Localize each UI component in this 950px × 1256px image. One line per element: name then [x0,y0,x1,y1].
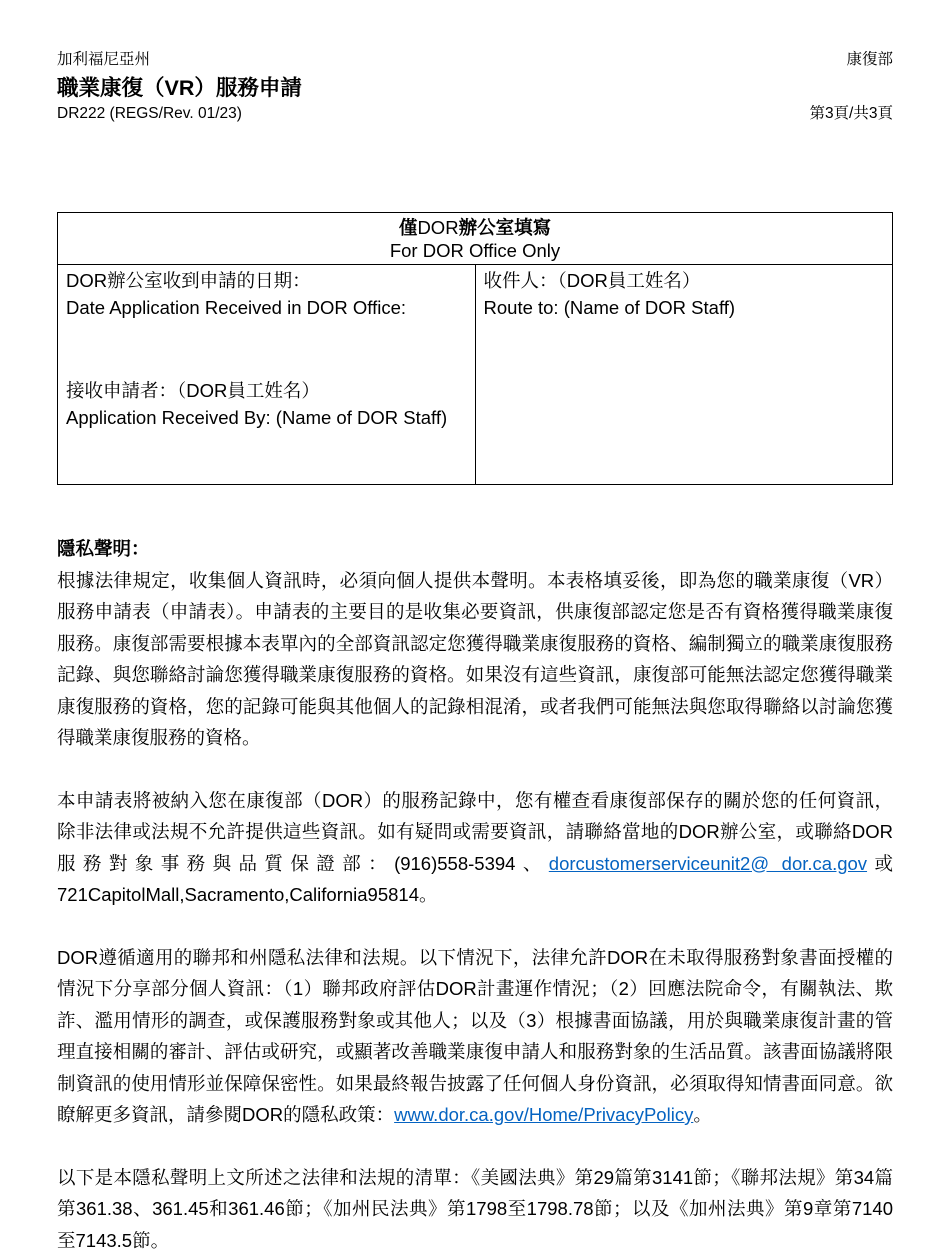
table-title-cell: 僅DOR辦公室填寫 For DOR Office Only [58,213,893,265]
route-to-block: 收件人：（DOR員工姓名） Route to: (Name of DOR Sta… [484,267,885,321]
page-title: 職業康復（VR）服務申請 [57,74,893,102]
form-number: DR222 (REGS/Rev. 01/23) [57,104,242,124]
date-received-label-en: Date Application Received in DOR Office: [66,294,467,321]
route-to-cell: 收件人：（DOR員工姓名） Route to: (Name of DOR Sta… [475,265,893,485]
document-page: 加利福尼亞州 康復部 職業康復（VR）服務申請 DR222 (REGS/Rev.… [0,0,950,1230]
table-title-cjk: 僅DOR辦公室填寫 [66,216,884,239]
document-header: 加利福尼亞州 康復部 職業康復（VR）服務申請 DR222 (REGS/Rev.… [57,50,893,124]
table-title-row: 僅DOR辦公室填寫 For DOR Office Only [58,213,893,265]
header-row-bottom: DR222 (REGS/Rev. 01/23) 第3頁/共3頁 [57,104,893,124]
date-received-cell: DOR辦公室收到申請的日期： Date Application Received… [58,265,476,485]
table-title-en: For DOR Office Only [66,239,884,262]
privacy-policy-link[interactable]: www.dor.ca.gov/Home/PrivacyPolicy [394,1104,693,1125]
date-received-block: DOR辦公室收到申請的日期： Date Application Received… [66,267,467,321]
page-number: 第3頁/共3頁 [809,104,893,124]
route-to-label-en: Route to: (Name of DOR Staff) [484,294,885,321]
received-by-label-en: Application Received By: (Name of DOR St… [66,404,467,431]
privacy-paragraph-1-text: 根據法律規定，收集個人資訊時，必須向個人提供本聲明。本表格填妥後，即為您的職業康… [57,570,893,749]
table-title-cjk-suffix: 辦公室填寫 [459,217,552,238]
privacy-paragraph-3-text-before: DOR遵循適用的聯邦和州隱私法律和法規。以下情況下，法律允許DOR在未取得服務對… [57,947,893,1126]
header-row-top: 加利福尼亞州 康復部 [57,50,893,70]
privacy-paragraph-2: 本申請表將被納入您在康復部（DOR）的服務記錄中，您有權查看康復部保存的關於您的… [57,785,893,911]
privacy-paragraph-1: 根據法律規定，收集個人資訊時，必須向個人提供本聲明。本表格填妥後，即為您的職業康… [57,565,893,754]
privacy-paragraph-4: 以下是本隱私聲明上文所述之法律和法規的清單：《美國法典》第29篇第3141節；《… [57,1162,893,1256]
table-body-row: DOR辦公室收到申請的日期： Date Application Received… [58,265,893,485]
customer-service-email-link[interactable]: dorcustomerserviceunit2@ dor.ca.gov [549,853,867,874]
privacy-heading: 隱私聲明： [57,533,893,565]
route-to-label-cjk: 收件人：（DOR員工姓名） [484,267,885,294]
privacy-paragraph-3-text-after: 。 [693,1104,712,1125]
table-title-cjk-prefix: 僅 [399,217,418,238]
state-label: 加利福尼亞州 [57,50,150,70]
table-title-org: DOR [417,217,458,238]
date-received-label-cjk: DOR辦公室收到申請的日期： [66,267,467,294]
privacy-paragraph-3: DOR遵循適用的聯邦和州隱私法律和法規。以下情況下，法律允許DOR在未取得服務對… [57,942,893,1131]
department-label: 康復部 [846,50,893,70]
dor-office-table: 僅DOR辦公室填寫 For DOR Office Only DOR辦公室收到申請… [57,212,893,485]
privacy-statement-section: 隱私聲明： 根據法律規定，收集個人資訊時，必須向個人提供本聲明。本表格填妥後，即… [57,533,893,1256]
privacy-paragraph-4-text: 以下是本隱私聲明上文所述之法律和法規的清單：《美國法典》第29篇第3141節；《… [57,1167,893,1251]
received-by-block: 接收申請者：（DOR員工姓名） Application Received By:… [66,377,467,431]
received-by-label-cjk: 接收申請者：（DOR員工姓名） [66,377,467,404]
